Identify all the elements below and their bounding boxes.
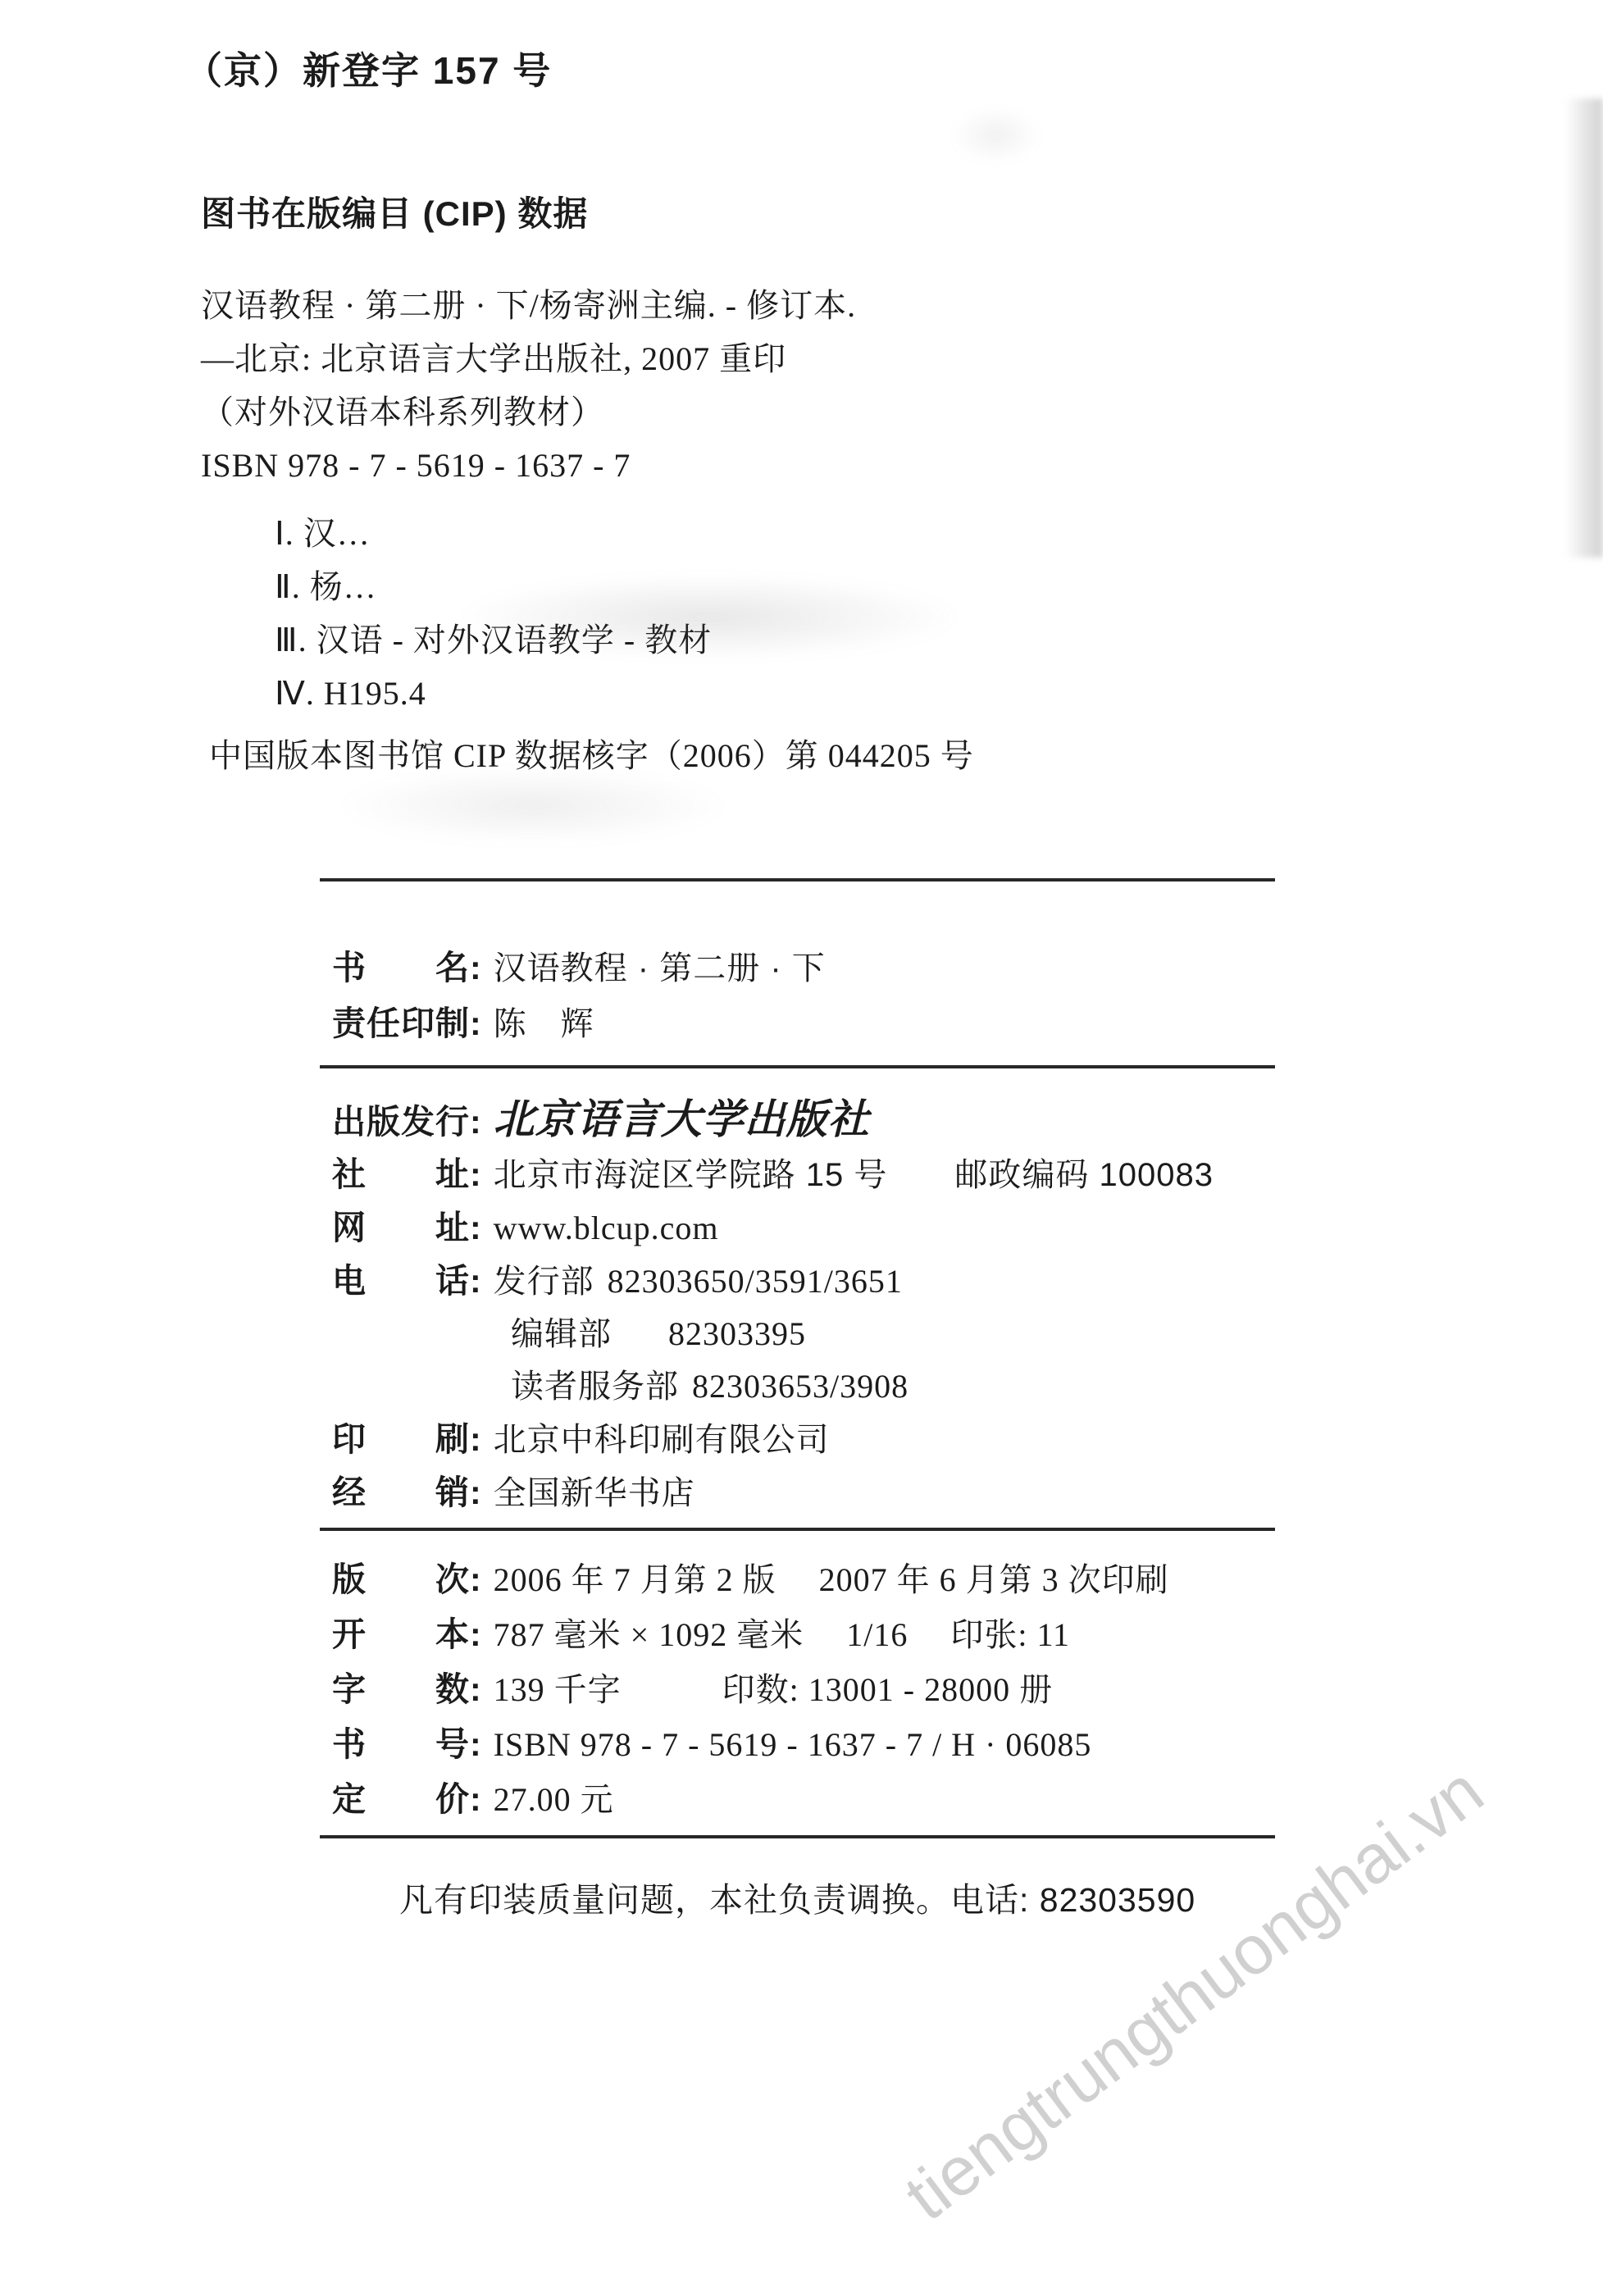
colophon-page: （京）新登字 157 号 图书在版编目 (CIP) 数据 汉语教程 · 第二册 … <box>0 0 1603 2296</box>
row-distribution: 经 销: 全国新华书店 <box>332 1466 1603 1519</box>
website-label: 网 址: <box>332 1201 482 1254</box>
divider-rule <box>320 1065 1275 1068</box>
price-label: 定 价: <box>332 1772 482 1827</box>
colophon-section-publisher: 出版发行: 北京语言大学出版社 社 址: 北京市海淀区学院路 15 号 邮政编码… <box>332 1093 1603 1519</box>
cip-record-line: 中国版本图书馆 CIP 数据核字（2006）第 044205 号 <box>209 730 1603 777</box>
cip-entry-series-line: （对外汉语本科系列教材） <box>201 385 1603 439</box>
cip-heading: 图书在版编目 (CIP) 数据 <box>201 187 1603 236</box>
quality-notice: 凡有印装质量问题，本社负责调换。电话: 82303590 <box>399 1873 1603 1921</box>
distribution-label: 经 销: <box>332 1466 482 1519</box>
cip-index-item-3: Ⅲ. 汉语 - 对外汉语教学 - 教材 <box>275 613 1603 667</box>
row-phone: 电 话: 发行部82303650/3591/3651 <box>332 1255 1603 1308</box>
phone-number-2: 82303395 <box>668 1308 806 1360</box>
format-value: 787 毫米 × 1092 毫米 1/16 印张: 11 <box>494 1607 1070 1662</box>
scan-smudge <box>336 767 730 845</box>
printing-value: 北京中科印刷有限公司 <box>494 1414 830 1466</box>
row-publisher: 出版发行: 北京语言大学出版社 <box>332 1093 1603 1148</box>
book-name-label: 书 名: <box>332 941 482 995</box>
cip-index-item-1: Ⅰ. 汉… <box>275 507 1603 560</box>
phone-dept-2: 编辑部 <box>511 1308 655 1360</box>
cip-index-item-2: Ⅱ. 杨… <box>275 560 1603 613</box>
divider-rule <box>320 878 1275 881</box>
cip-entry-publisher-line: —北京: 北京语言大学出版社, 2007 重印 <box>201 332 1603 385</box>
row-format: 开 本: 787 毫米 × 1092 毫米 1/16 印张: 11 <box>332 1607 1603 1662</box>
cip-entry-block: 汉语教程 · 第二册 · 下/杨寄洲主编. - 修订本. —北京: 北京语言大学… <box>201 279 1603 492</box>
cip-entry-isbn-line: ISBN 978 - 7 - 5619 - 1637 - 7 <box>201 439 1603 492</box>
price-value: 27.00 元 <box>494 1772 614 1827</box>
colophon-section-edition: 版 次: 2006 年 7 月第 2 版 2007 年 6 月第 3 次印刷 开… <box>332 1552 1603 1827</box>
isbn-label: 书 号: <box>332 1717 482 1772</box>
phone-dept-3: 读者服务部 <box>511 1360 679 1413</box>
phone-number-3: 82303653/3908 <box>692 1360 909 1413</box>
printing-label: 印 刷: <box>332 1413 482 1465</box>
phone-label: 电 话: <box>332 1255 482 1307</box>
isbn-value: ISBN 978 - 7 - 5619 - 1637 - 7 / H · 060… <box>494 1717 1092 1772</box>
format-label: 开 本: <box>332 1607 482 1662</box>
divider-rule <box>320 1835 1275 1838</box>
row-website: 网 址: www.blcup.com <box>332 1201 1603 1255</box>
colophon-section-title: 书 名: 汉语教程 · 第二册 · 下 责任印制: 陈 辉 <box>332 941 1603 1052</box>
row-edition: 版 次: 2006 年 7 月第 2 版 2007 年 6 月第 3 次印刷 <box>332 1552 1603 1607</box>
cip-entry-title-line: 汉语教程 · 第二册 · 下/杨寄洲主编. - 修订本. <box>201 279 1603 332</box>
publisher-value: 北京语言大学出版社 <box>494 1093 870 1146</box>
row-print-editor: 责任印制: 陈 辉 <box>332 996 1603 1052</box>
edition-value: 2006 年 7 月第 2 版 2007 年 6 月第 3 次印刷 <box>494 1552 1169 1607</box>
scan-smudge <box>951 107 1041 164</box>
row-book-name: 书 名: 汉语教程 · 第二册 · 下 <box>332 941 1603 996</box>
cip-index-item-4: Ⅳ. H195.4 <box>275 667 1603 720</box>
word-count-value: 139 千字 印数: 13001 - 28000 册 <box>494 1662 1053 1717</box>
book-name-value: 汉语教程 · 第二册 · 下 <box>494 941 826 996</box>
website-value: www.blcup.com <box>494 1202 719 1255</box>
row-isbn: 书 号: ISBN 978 - 7 - 5619 - 1637 - 7 / H … <box>332 1717 1603 1772</box>
phone-line-2: 编辑部 82303395 <box>511 1308 1603 1360</box>
registration-number-line: （京）新登字 157 号 <box>184 0 1603 95</box>
phone-dept-1: 发行部 <box>494 1264 594 1300</box>
address-value: 北京市海淀区学院路 15 号 邮政编码 100083 <box>494 1149 1214 1201</box>
cip-index-list: Ⅰ. 汉… Ⅱ. 杨… Ⅲ. 汉语 - 对外汉语教学 - 教材 Ⅳ. H195.… <box>275 507 1603 720</box>
distribution-value: 全国新华书店 <box>494 1467 695 1519</box>
phone-line-3: 读者服务部 82303653/3908 <box>511 1360 1603 1413</box>
divider-rule <box>320 1528 1275 1531</box>
row-printing: 印 刷: 北京中科印刷有限公司 <box>332 1413 1603 1466</box>
row-price: 定 价: 27.00 元 <box>332 1772 1603 1827</box>
phone-line-1: 发行部82303650/3591/3651 <box>494 1255 903 1308</box>
phone-number-1: 82303650/3591/3651 <box>608 1263 903 1300</box>
print-editor-label: 责任印制: <box>332 996 482 1051</box>
row-address: 社 址: 北京市海淀区学院路 15 号 邮政编码 100083 <box>332 1148 1603 1201</box>
row-word-count: 字 数: 139 千字 印数: 13001 - 28000 册 <box>332 1662 1603 1717</box>
address-label: 社 址: <box>332 1148 482 1200</box>
word-count-label: 字 数: <box>332 1662 482 1717</box>
publisher-label: 出版发行: <box>332 1096 482 1148</box>
edition-label: 版 次: <box>332 1552 482 1607</box>
print-editor-value: 陈 辉 <box>494 997 594 1052</box>
